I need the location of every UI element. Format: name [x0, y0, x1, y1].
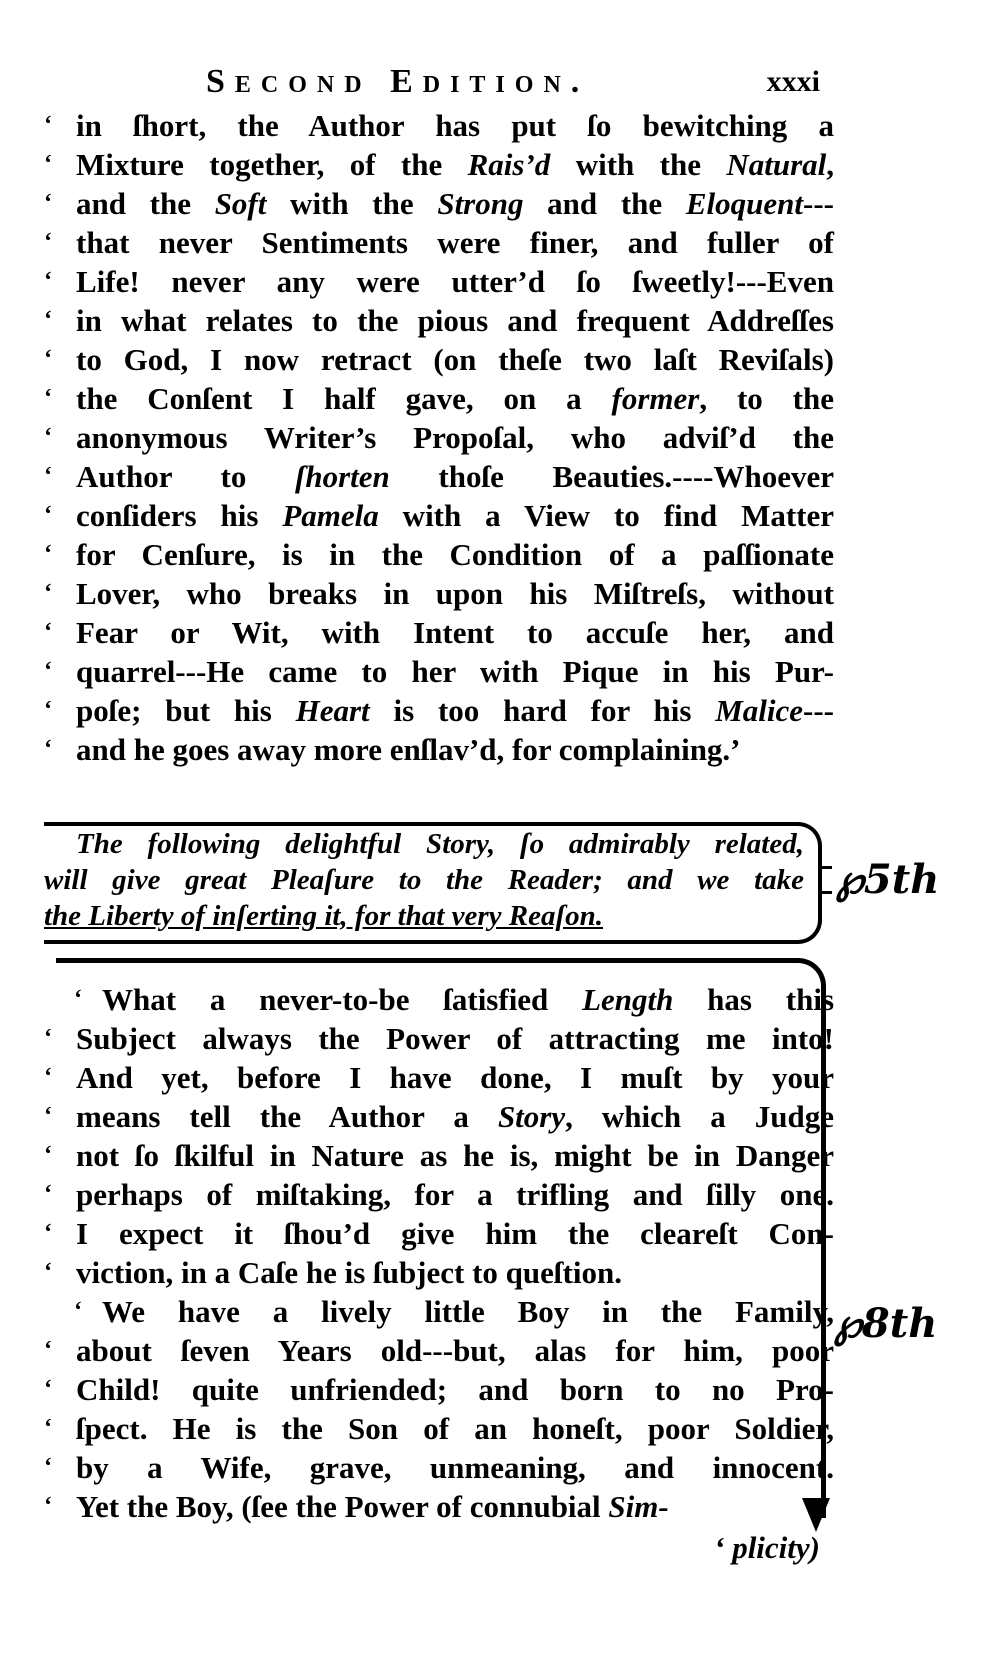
text-line: ‘I expect it ſhou’d give him the cleareſ…: [44, 1214, 844, 1253]
quotation-mark: ‘: [44, 1409, 72, 1448]
text-line: ‘What a never-to-be ſatisfied Length has…: [44, 980, 844, 1019]
quotation-mark: ‘: [44, 1331, 72, 1370]
line-text: conſiders his Pamela with a View to find…: [76, 496, 834, 535]
quotation-mark: ‘: [74, 1292, 102, 1331]
line-text: and the Soft with the Strong and the Elo…: [76, 184, 834, 223]
quotation-mark: ‘: [44, 223, 72, 262]
running-title: Second Edition.: [206, 58, 589, 106]
line-text: viction, in a Caſe he is ſubject to queſ…: [76, 1253, 834, 1292]
line-text: quarrel---He came to her with Pique in h…: [76, 652, 834, 691]
line-text: I expect it ſhou’d give him the cleareſt…: [76, 1214, 834, 1253]
quotation-mark: ‘: [44, 379, 72, 418]
text-line: ‘by a Wife, grave, unmeaning, and innoce…: [44, 1448, 844, 1487]
line-text: Mixture together, of the Rais’d with the…: [76, 145, 834, 184]
text-line: ‘not ſo ſkilful in Nature as he is, migh…: [44, 1136, 844, 1175]
line-text: Child! quite unfriended; and born to no …: [76, 1370, 834, 1409]
editor-note-line: The following delightful Story, ſo admir…: [44, 826, 818, 862]
quotation-mark: ‘: [44, 496, 72, 535]
quotation-mark: ‘: [44, 1175, 72, 1214]
quotation-mark: ‘: [44, 1253, 72, 1292]
handwritten-annotation-8th: ℘8th: [834, 1300, 937, 1348]
text-line: ‘quarrel---He came to her with Pique in …: [44, 652, 844, 691]
quotation-mark: ‘: [44, 574, 72, 613]
letter-excerpt-part-1: ‘in ſhort, the Author has put ſo bewitch…: [44, 106, 844, 769]
text-line: ‘Mixture together, of the Rais’d with th…: [44, 145, 844, 184]
line-text: means tell the Author a Story, which a J…: [76, 1097, 834, 1136]
quotation-mark: ‘: [44, 730, 72, 769]
text-line: ‘Lover, who breaks in upon his Miſtreſs,…: [44, 574, 844, 613]
line-text: to God, I now retract (on theſe two laſt…: [76, 340, 834, 379]
text-line: ‘viction, in a Caſe he is ſubject to que…: [44, 1253, 844, 1292]
book-page: Second Edition. xxxi ‘in ſhort, the Auth…: [0, 0, 1000, 1669]
text-line: ‘and he goes away more enſlav’d, for com…: [44, 730, 844, 769]
line-text: perhaps of miſtaking, for a trifling and…: [76, 1175, 834, 1214]
editor-note-bracket: The following delightful Story, ſo admir…: [44, 822, 822, 944]
handwritten-annotation-5th: ℘5th: [836, 856, 939, 904]
text-line: ‘ſpect. He is the Son of an honeſt, poor…: [44, 1409, 844, 1448]
editor-note-line: the Liberty of inſerting it, for that ve…: [44, 898, 818, 934]
quotation-mark: ‘: [44, 1487, 72, 1526]
line-text: Subject always the Power of attracting m…: [76, 1019, 834, 1058]
editor-note-line: will give great Pleaſure to the Reader; …: [44, 862, 818, 898]
line-text: and he goes away more enſlav’d, for comp…: [76, 730, 834, 769]
quotation-mark: ‘: [44, 1370, 72, 1409]
quotation-mark: ‘: [44, 1448, 72, 1487]
line-text: Author to ſhorten thoſe Beauties.----Who…: [76, 457, 834, 496]
quotation-mark: ‘: [74, 980, 102, 1019]
line-text: ſpect. He is the Son of an honeſt, poor …: [76, 1409, 834, 1448]
line-text: What a never-to-be ſatisfied Length has …: [102, 980, 834, 1019]
line-text: the Conſent I half gave, on a former, to…: [76, 379, 834, 418]
text-line: ‘perhaps of miſtaking, for a trifling an…: [44, 1175, 844, 1214]
text-line: ‘conſiders his Pamela with a View to fin…: [44, 496, 844, 535]
quotation-mark: ‘: [44, 691, 72, 730]
text-line: ‘Author to ſhorten thoſe Beauties.----Wh…: [44, 457, 844, 496]
text-line: ‘And yet, before I have done, I muſt by …: [44, 1058, 844, 1097]
line-text: Fear or Wit, with Intent to accuſe her, …: [76, 613, 834, 652]
letter-excerpt-part-2: ‘What a never-to-be ſatisfied Length has…: [44, 980, 844, 1526]
line-text: for Cenſure, is in the Condition of a pa…: [76, 535, 834, 574]
text-line: ‘to God, I now retract (on theſe two laſ…: [44, 340, 844, 379]
text-line: ‘in ſhort, the Author has put ſo bewitch…: [44, 106, 844, 145]
line-text: not ſo ſkilful in Nature as he is, might…: [76, 1136, 834, 1175]
running-head: Second Edition. xxxi: [180, 58, 820, 106]
quotation-mark: ‘: [44, 301, 72, 340]
text-line: ‘Child! quite unfriended; and born to no…: [44, 1370, 844, 1409]
line-text: poſe; but his Heart is too hard for his …: [76, 691, 834, 730]
text-line: ‘Fear or Wit, with Intent to accuſe her,…: [44, 613, 844, 652]
quotation-mark: ‘: [44, 652, 72, 691]
text-line: ‘the Conſent I half gave, on a former, t…: [44, 379, 844, 418]
text-line: ‘that never Sentiments were finer, and f…: [44, 223, 844, 262]
catchword: ‘ plicity): [714, 1530, 820, 1565]
line-text: about ſeven Years old---but, alas for hi…: [76, 1331, 834, 1370]
quotation-mark: ‘: [44, 106, 72, 145]
text-line: ‘anonymous Writer’s Propoſal, who adviſ’…: [44, 418, 844, 457]
text-line: ‘We have a lively little Boy in the Fami…: [44, 1292, 844, 1331]
line-text: Lover, who breaks in upon his Miſtreſs, …: [76, 574, 834, 613]
line-text: And yet, before I have done, I muſt by y…: [76, 1058, 834, 1097]
line-text: in ſhort, the Author has put ſo bewitchi…: [76, 106, 834, 145]
catchword-block: ‘ plicity): [620, 1528, 820, 1567]
line-text: Yet the Boy, (ſee the Power of connubial…: [76, 1487, 834, 1526]
text-line: ‘means tell the Author a Story, which a …: [44, 1097, 844, 1136]
line-text: anonymous Writer’s Propoſal, who adviſ’d…: [76, 418, 834, 457]
line-text: by a Wife, grave, unmeaning, and innocen…: [76, 1448, 834, 1487]
line-text: Life! never any were utter’d ſo ſweetly!…: [76, 262, 834, 301]
page-number: xxxi: [767, 58, 820, 106]
line-text: in what relates to the pious and frequen…: [76, 301, 834, 340]
quotation-mark: ‘: [44, 184, 72, 223]
quotation-mark: ‘: [44, 1058, 72, 1097]
text-line: ‘Yet the Boy, (ſee the Power of connubia…: [44, 1487, 844, 1526]
brace-pointer: [820, 866, 832, 894]
quotation-mark: ‘: [44, 1214, 72, 1253]
text-line: ‘about ſeven Years old---but, alas for h…: [44, 1331, 844, 1370]
quotation-mark: ‘: [44, 457, 72, 496]
quotation-mark: ‘: [44, 145, 72, 184]
quotation-mark: ‘: [44, 262, 72, 301]
quotation-mark: ‘: [44, 1019, 72, 1058]
text-line: ‘and the Soft with the Strong and the El…: [44, 184, 844, 223]
text-line: ‘Subject always the Power of attracting …: [44, 1019, 844, 1058]
text-line: ‘poſe; but his Heart is too hard for his…: [44, 691, 844, 730]
quotation-mark: ‘: [44, 1136, 72, 1175]
quotation-mark: ‘: [44, 418, 72, 457]
text-line: ‘Life! never any were utter’d ſo ſweetly…: [44, 262, 844, 301]
text-line: ‘in what relates to the pious and freque…: [44, 301, 844, 340]
quotation-mark: ‘: [44, 1097, 72, 1136]
line-text: that never Sentiments were finer, and fu…: [76, 223, 834, 262]
quotation-mark: ‘: [44, 340, 72, 379]
quotation-mark: ‘: [44, 535, 72, 574]
quotation-mark: ‘: [44, 613, 72, 652]
text-line: ‘for Cenſure, is in the Condition of a p…: [44, 535, 844, 574]
line-text: We have a lively little Boy in the Famil…: [102, 1292, 834, 1331]
